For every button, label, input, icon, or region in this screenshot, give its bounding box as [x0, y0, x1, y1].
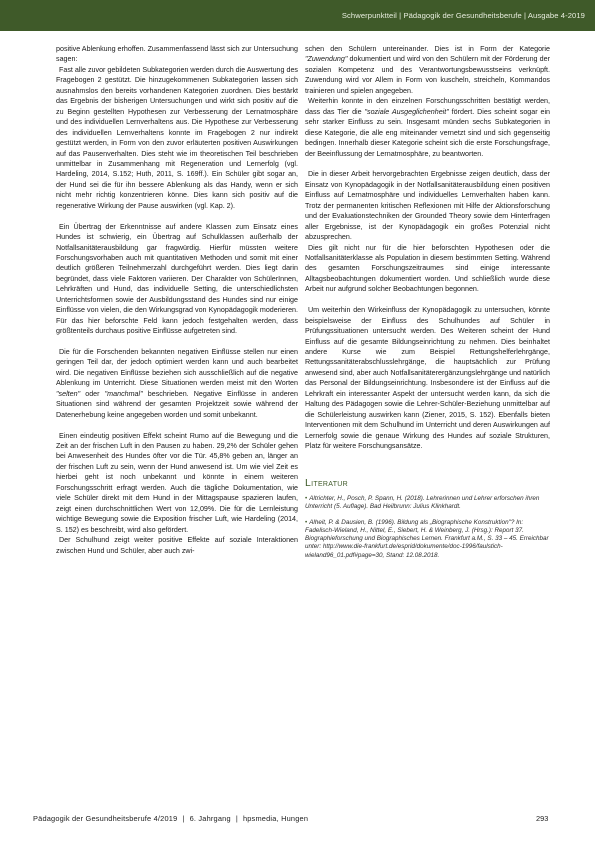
paragraph: positive Ablenkung erhoffen. Zusammenfas… [56, 44, 298, 65]
emphasis: "Zuwendung" [305, 55, 347, 63]
page-footer: Pädagogik der Gesundheitsberufe 4/2019|6… [33, 814, 308, 823]
paragraph: Ein Übertrag der Erkenntnisse auf andere… [56, 222, 298, 337]
paragraph: Weiterhin konnte in den einzelnen Forsch… [305, 96, 550, 159]
reference-text: Altrichter, H., Posch, P. Spann, H. (201… [305, 495, 539, 510]
paragraph: Der Schulhund zeigt weiter positive Effe… [56, 535, 298, 556]
paragraph: Um weiterhin den Wirkeinfluss der Kynopä… [305, 305, 550, 451]
emphasis: "selten" [56, 390, 80, 398]
paragraph: Fast alle zuvor gebildeten Subkategorien… [56, 65, 298, 211]
paragraph: schen den Schülern untereinander. Dies i… [305, 44, 550, 96]
paragraph: Die in dieser Arbeit hervorgebrachten Er… [305, 169, 550, 242]
text-run: oder [80, 390, 105, 398]
footer-publisher: hpsmedia, Hungen [243, 814, 308, 823]
footer-separator: | [182, 814, 184, 823]
paragraph: Dies gilt nicht nur für die hier beforsc… [305, 243, 550, 295]
footer-separator: | [236, 814, 238, 823]
bullet-icon: • [305, 519, 307, 526]
paragraph: Einen eindeutig positiven Effekt scheint… [56, 431, 298, 536]
literature-heading: Literatur [305, 478, 550, 488]
reference-item: •Alheit, P. & Dausien, B. (1996). Bildun… [305, 519, 550, 560]
running-header-band: Schwerpunktteil | Pädagogik der Gesundhe… [0, 0, 595, 31]
text-run: Die für die Forschenden bekannten negati… [56, 348, 298, 387]
left-text-column: positive Ablenkung erhoffen. Zusammenfas… [56, 44, 298, 556]
footer-journal: Pädagogik der Gesundheitsberufe 4/2019 [33, 814, 177, 823]
text-run: schen den Schülern untereinander. Dies i… [305, 45, 550, 53]
right-text-column: schen den Schülern untereinander. Dies i… [305, 44, 550, 560]
running-header-title: Schwerpunktteil | Pädagogik der Gesundhe… [342, 11, 585, 20]
reference-text: Alheit, P. & Dausien, B. (1996). Bildung… [305, 519, 549, 559]
paragraph: Die für die Forschenden bekannten negati… [56, 347, 298, 420]
emphasis: "manchmal" [105, 390, 143, 398]
bullet-icon: • [305, 495, 307, 502]
reference-item: •Altrichter, H., Posch, P. Spann, H. (20… [305, 495, 550, 512]
footer-volume: 6. Jahrgang [190, 814, 231, 823]
page-number: 293 [536, 814, 548, 823]
emphasis: "soziale Ausgeglichenheit" [364, 108, 448, 116]
